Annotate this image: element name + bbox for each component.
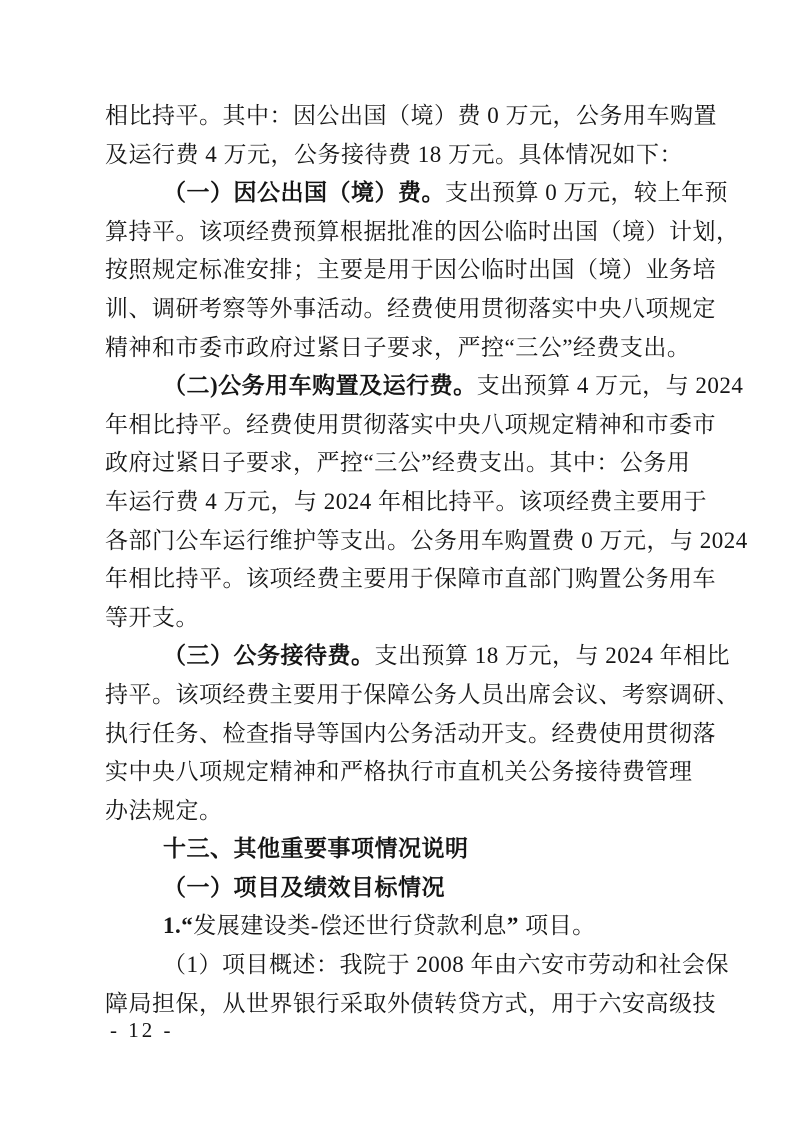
text-segment: 发展建设类-偿还世行贷款利息 bbox=[193, 913, 507, 938]
text-line: 年相比持平。经费使用贯彻落实中央八项规定精神和市委市 bbox=[105, 406, 685, 445]
text-line: 车运行费 4 万元，与 2024 年相比持平。该项经费主要用于 bbox=[105, 483, 685, 522]
text-segment: 年相比持平。该项经费主要用于保障市直部门购置公务用车 bbox=[105, 566, 716, 591]
text-line: 持平。该项经费主要用于保障公务人员出席会议、考察调研、 bbox=[105, 676, 685, 715]
text-segment: 障局担保，从世界银行采取外债转贷方式，用于六安高级技 bbox=[105, 991, 716, 1016]
text-segment: 车运行费 4 万元，与 2024 年相比持平。该项经费主要用于 bbox=[105, 489, 707, 514]
text-line: 相比持平。其中：因公出国（境）费 0 万元，公务用车购置 bbox=[105, 97, 685, 136]
text-line: 年相比持平。该项经费主要用于保障市直部门购置公务用车 bbox=[105, 560, 685, 599]
text-segment: （1）项目概述：我院于 2008 年由六安市劳动和社会保 bbox=[163, 952, 729, 977]
text-segment: 训、调研考察等外事活动。经费使用贯彻落实中央八项规定 bbox=[105, 296, 716, 321]
text-line: 算持平。该项经费预算根据批准的因公临时出国（境）计划， bbox=[105, 213, 685, 252]
text-segment: 相比持平。其中：因公出国（境）费 0 万元，公务用车购置 bbox=[105, 103, 717, 128]
text-line: （一）因公出国（境）费。支出预算 0 万元，较上年预 bbox=[105, 174, 685, 213]
text-line: 等开支。 bbox=[105, 599, 685, 638]
text-segment: 按照规定标准安排；主要是用于因公临时出国（境）业务培 bbox=[105, 257, 716, 282]
text-segment: 实中央八项规定精神和严格执行市直机关公务接待费管理 bbox=[105, 759, 693, 784]
text-segment: ” bbox=[507, 913, 519, 938]
text-line: 1.“发展建设类-偿还世行贷款利息” 项目。 bbox=[105, 907, 685, 946]
text-segment: 政府过紧日子要求，严控“三公”经费支出。其中：公务用 bbox=[105, 450, 690, 475]
document-page: 相比持平。其中：因公出国（境）费 0 万元，公务用车购置及运行费 4 万元，公务… bbox=[0, 0, 793, 1122]
text-line: （1）项目概述：我院于 2008 年由六安市劳动和社会保 bbox=[105, 946, 685, 985]
text-line: 办法规定。 bbox=[105, 792, 685, 831]
text-segment: （三）公务接待费。 bbox=[163, 643, 375, 668]
text-segment: 1.“ bbox=[163, 913, 193, 938]
text-segment: （一）因公出国（境）费。 bbox=[163, 180, 445, 205]
text-segment: 年相比持平。经费使用贯彻落实中央八项规定精神和市委市 bbox=[105, 412, 716, 437]
text-line: 各部门公车运行维护等支出。公务用车购置费 0 万元，与 2024 bbox=[105, 522, 685, 561]
document-body: 相比持平。其中：因公出国（境）费 0 万元，公务用车购置及运行费 4 万元，公务… bbox=[105, 97, 685, 1023]
text-line: 障局担保，从世界银行采取外债转贷方式，用于六安高级技 bbox=[105, 985, 685, 1024]
text-segment: 执行任务、检查指导等国内公务活动开支。经费使用贯彻落 bbox=[105, 721, 716, 746]
text-line: （三）公务接待费。支出预算 18 万元，与 2024 年相比 bbox=[105, 637, 685, 676]
text-line: 十三、其他重要事项情况说明 bbox=[105, 830, 685, 869]
text-segment: 精神和市委市政府过紧日子要求，严控“三公”经费支出。 bbox=[105, 335, 690, 360]
page-number: - 12 - bbox=[110, 1015, 174, 1045]
text-segment: （二)公务用车购置及运行费。 bbox=[163, 373, 477, 398]
text-segment: 办法规定。 bbox=[105, 798, 223, 823]
text-line: 按照规定标准安排；主要是用于因公临时出国（境）业务培 bbox=[105, 251, 685, 290]
text-segment: 及运行费 4 万元，公务接待费 18 万元。具体情况如下： bbox=[105, 142, 683, 167]
text-segment: 支出预算 18 万元，与 2024 年相比 bbox=[375, 643, 731, 668]
text-segment: 项目。 bbox=[519, 913, 596, 938]
text-line: 及运行费 4 万元，公务接待费 18 万元。具体情况如下： bbox=[105, 136, 685, 175]
text-line: （二)公务用车购置及运行费。支出预算 4 万元，与 2024 bbox=[105, 367, 685, 406]
text-segment: 各部门公车运行维护等支出。公务用车购置费 0 万元，与 2024 bbox=[105, 528, 748, 553]
text-line: （一）项目及绩效目标情况 bbox=[105, 869, 685, 908]
text-segment: 十三、其他重要事项情况说明 bbox=[163, 836, 469, 861]
text-segment: 支出预算 0 万元，较上年预 bbox=[445, 180, 728, 205]
text-line: 政府过紧日子要求，严控“三公”经费支出。其中：公务用 bbox=[105, 444, 685, 483]
text-segment: 持平。该项经费主要用于保障公务人员出席会议、考察调研、 bbox=[105, 682, 740, 707]
text-line: 执行任务、检查指导等国内公务活动开支。经费使用贯彻落 bbox=[105, 715, 685, 754]
text-segment: 算持平。该项经费预算根据批准的因公临时出国（境）计划， bbox=[105, 219, 740, 244]
text-line: 实中央八项规定精神和严格执行市直机关公务接待费管理 bbox=[105, 753, 685, 792]
text-segment: 等开支。 bbox=[105, 605, 199, 630]
text-segment: 支出预算 4 万元，与 2024 bbox=[477, 373, 744, 398]
text-line: 精神和市委市政府过紧日子要求，严控“三公”经费支出。 bbox=[105, 329, 685, 368]
text-line: 训、调研考察等外事活动。经费使用贯彻落实中央八项规定 bbox=[105, 290, 685, 329]
text-segment: （一）项目及绩效目标情况 bbox=[163, 875, 445, 900]
